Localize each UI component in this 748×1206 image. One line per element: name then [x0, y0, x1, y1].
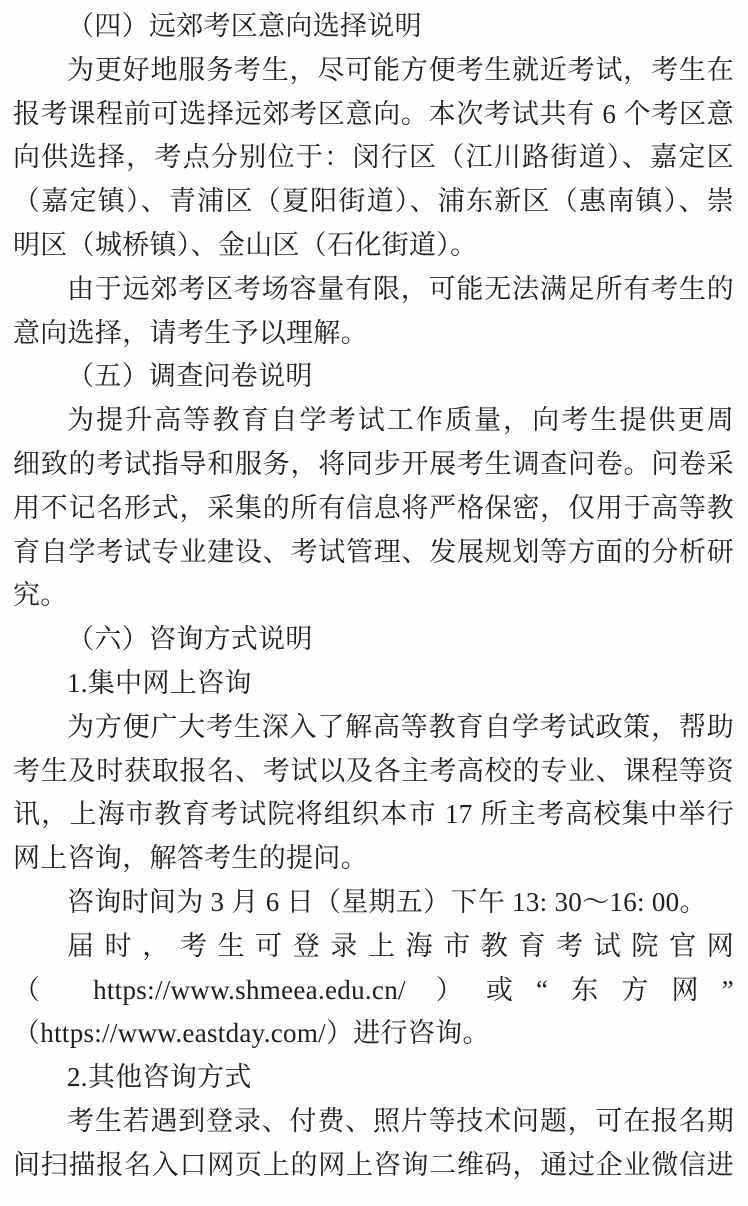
- text-line-url-eastday: （https://www.eastday.com/）进行咨询。: [13, 1012, 734, 1056]
- document-page: （四）远郊考区意向选择说明 为更好地服务考生，尽可能方便考生就近考试，考生在 报…: [0, 0, 748, 1206]
- text-line: 育自学考试专业建设、考试管理、发展规划等方面的分析研: [13, 531, 734, 575]
- text-line: 考生及时获取报名、考试以及各主考高校的专业、课程等资: [13, 750, 734, 794]
- subheading-item-1: 1.集中网上咨询: [13, 662, 734, 706]
- text-line: 届时，考生可登录上海市教育考试院官网: [13, 925, 734, 969]
- text-line: 究。: [13, 574, 734, 618]
- heading-section-4: （四）远郊考区意向选择说明: [13, 5, 734, 49]
- text-line: 细致的考试指导和服务，将同步开展考生调查问卷。问卷采: [13, 443, 734, 487]
- text-line: 考生若遇到登录、付费、照片等技术问题，可在报名期: [13, 1100, 734, 1144]
- text-line: 讯，上海市教育考试院将组织本市 17 所主考高校集中举行: [13, 793, 734, 837]
- text-line: 间扫描报名入口网页上的网上咨询二维码，通过企业微信进: [13, 1144, 734, 1188]
- heading-section-6: （六）咨询方式说明: [13, 618, 734, 662]
- text-line: 为更好地服务考生，尽可能方便考生就近考试，考生在: [13, 49, 734, 93]
- text-line: 报考课程前可选择远郊考区意向。本次考试共有 6 个考区意: [13, 93, 734, 137]
- text-line: 用不记名形式，采集的所有信息将严格保密，仅用于高等教: [13, 487, 734, 531]
- subheading-item-2: 2.其他咨询方式: [13, 1056, 734, 1100]
- text-line: 为方便广大考生深入了解高等教育自学考试政策，帮助: [13, 706, 734, 750]
- text-line: 网上咨询，解答考生的提问。: [13, 837, 734, 881]
- text-line: 意向选择，请考生予以理解。: [13, 312, 734, 356]
- text-line: 为提升高等教育自学考试工作质量，向考生提供更周到、: [13, 399, 734, 443]
- text-line: 由于远郊考区考场容量有限，可能无法满足所有考生的: [13, 268, 734, 312]
- text-line: 向供选择，考点分别位于：闵行区（江川路街道）、嘉定区: [13, 136, 734, 180]
- text-line: 明区（城桥镇）、金山区（石化街道）。: [13, 224, 734, 268]
- text-line-url-shmeea: （ https://www.shmeea.edu.cn/ ）或“东方网”: [13, 969, 734, 1013]
- text-line: （嘉定镇）、青浦区（夏阳街道）、浦东新区（惠南镇）、崇: [13, 180, 734, 224]
- heading-section-5: （五）调查问卷说明: [13, 355, 734, 399]
- text-line: 咨询时间为 3 月 6 日（星期五）下午 13: 30～16: 00。: [13, 881, 734, 925]
- document-body: （四）远郊考区意向选择说明 为更好地服务考生，尽可能方便考生就近考试，考生在 报…: [0, 0, 748, 1188]
